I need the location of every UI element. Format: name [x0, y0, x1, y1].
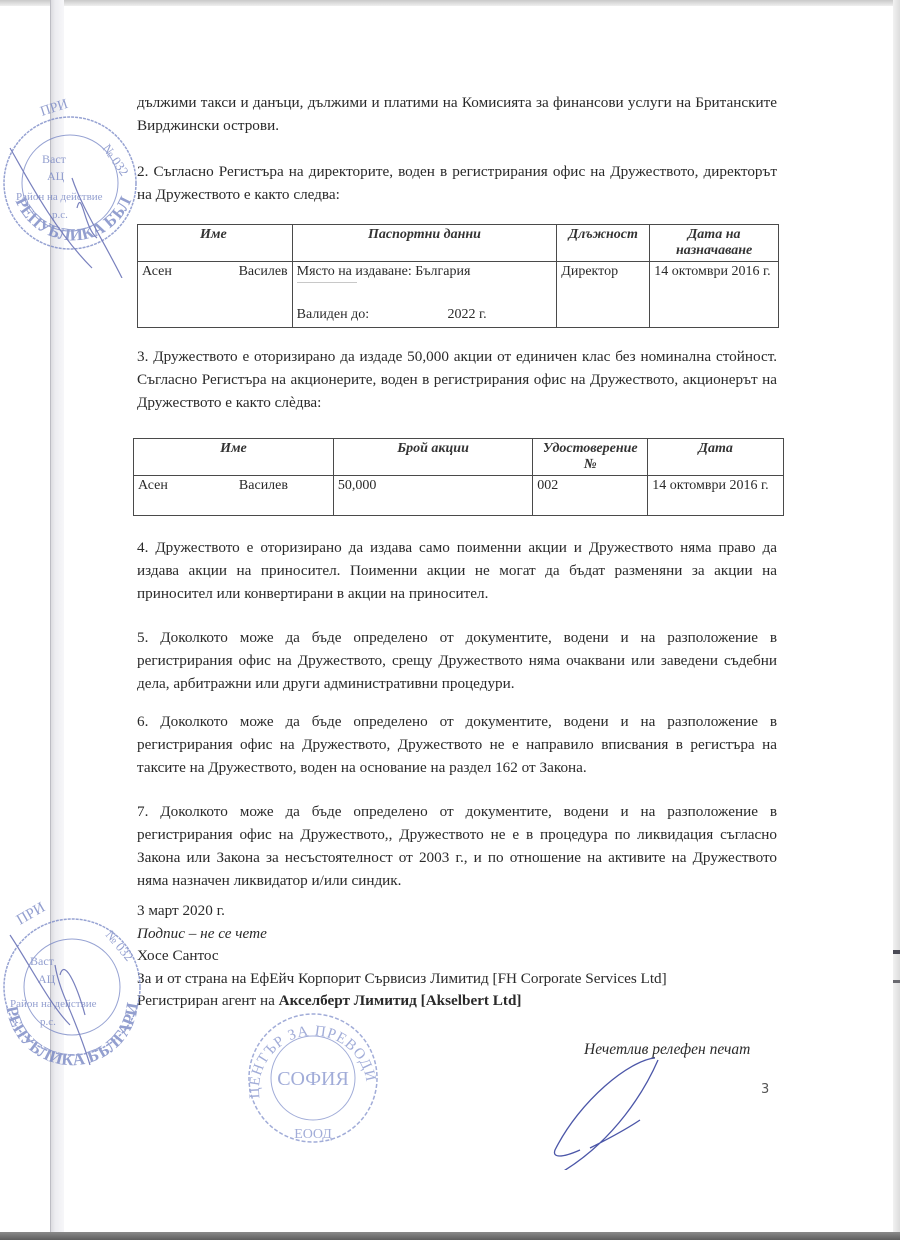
- svg-text:№ 032: № 032: [100, 141, 132, 178]
- header-passport: Паспортни данни: [292, 225, 557, 262]
- svg-text:р.с.: р.с.: [52, 209, 68, 221]
- shareholders-table: Име Брой акции Удостоверение № Дата Асен…: [133, 438, 784, 516]
- scan-edge-mark: [893, 980, 900, 983]
- passport-place: Място на издаване: България: [297, 264, 553, 280]
- on-behalf-of: За и от страна на ЕфЕйч Корпорит Сървиси…: [137, 968, 667, 991]
- appointment-date: 14 октомври 2016 г.: [650, 262, 779, 328]
- signatory-name: Хосе Сантос: [137, 945, 667, 968]
- first-name: Асен: [142, 264, 172, 280]
- certificate-number: 002: [533, 476, 648, 516]
- svg-text:АЦ: АЦ: [47, 169, 65, 183]
- section-2: 2. Съгласно Регистъра на директорите, во…: [137, 160, 777, 206]
- section-6: 6. Доколкото може да бъде определено от …: [137, 710, 777, 779]
- agent-company: Акселберт Лимитид [Akselbert Ltd]: [279, 992, 522, 1009]
- translation-center-stamp: ЦЕНТЪР ЗА ПРЕВОДИ СОФИЯ ЕООД: [243, 1008, 383, 1148]
- handwritten-signature: [540, 1050, 680, 1170]
- scan-bottom-edge: [0, 1232, 900, 1240]
- header-shares: Брой акции: [333, 439, 532, 476]
- svg-text:№ 032: № 032: [103, 927, 137, 964]
- director-position: Директор: [557, 262, 650, 328]
- header-name: Име: [134, 439, 334, 476]
- signature-note: Подпис – не се чете: [137, 923, 667, 946]
- last-name: Василев: [239, 478, 288, 494]
- redacted-line: [297, 282, 357, 283]
- intro-continuation: дължими такси и данъци, дължими и платим…: [137, 91, 777, 137]
- svg-text:р.с.: р.с.: [40, 1016, 56, 1028]
- agent-prefix: Регистриран агент на: [137, 992, 279, 1009]
- passport-valid-year: 2022 г.: [447, 307, 486, 323]
- director-name: Асен Василев: [138, 262, 293, 328]
- signature-block: 3 март 2020 г. Подпис – не се чете Хосе …: [137, 900, 667, 1013]
- scan-edge-mark: [893, 950, 900, 954]
- header-date: Дата: [648, 439, 784, 476]
- share-count: 50,000: [333, 476, 532, 516]
- page-number: 3: [761, 1082, 769, 1097]
- svg-text:ПРИ: ПРИ: [14, 900, 48, 929]
- section-7: 7. Доколкото може да бъде определено от …: [137, 800, 777, 892]
- section-5: 5. Доколкото може да бъде определено от …: [137, 626, 777, 695]
- first-name: Асен: [138, 478, 168, 494]
- shareholder-name: Асен Василев: [134, 476, 334, 516]
- translator-stamp-bottom: РЕПУБЛИКА БЪЛГАРИЯ ПРИ № 032 Васт АЦ Рай…: [0, 895, 150, 1075]
- svg-text:ПРИ: ПРИ: [39, 97, 70, 120]
- section-4: 4. Дружеството е оторизирано да издава с…: [137, 536, 777, 605]
- header-certificate: Удостоверение №: [533, 439, 648, 476]
- last-name: Василев: [239, 264, 288, 280]
- svg-text:ЕООД: ЕООД: [294, 1127, 332, 1142]
- translator-stamp-top: РЕПУБЛИКА БЪЛГАРИЯ ПРИ № 032 Васт АЦ Рай…: [2, 88, 142, 278]
- scan-top-edge: [0, 0, 900, 6]
- svg-text:Васт: Васт: [30, 954, 55, 968]
- table-row: Асен Василев 50,000 002 14 октомври 2016…: [134, 476, 784, 516]
- share-date: 14 октомври 2016 г.: [648, 476, 784, 516]
- scan-right-edge: [893, 0, 900, 1240]
- table-header-row: Име Брой акции Удостоверение № Дата: [134, 439, 784, 476]
- svg-text:Васт: Васт: [42, 152, 67, 166]
- passport-valid-label: Валиден до:: [297, 307, 370, 323]
- signature-date: 3 март 2020 г.: [137, 900, 667, 923]
- table-row: Асен Василев Място на издаване: България…: [138, 262, 779, 328]
- header-position: Длъжност: [557, 225, 650, 262]
- header-name: Име: [138, 225, 293, 262]
- header-appointment-date: Дата на назначаване: [650, 225, 779, 262]
- directors-table: Име Паспортни данни Длъжност Дата на наз…: [137, 224, 779, 328]
- svg-text:Район на действие: Район на действие: [16, 191, 103, 203]
- section-3: 3. Дружеството е оторизирано да издаде 5…: [137, 345, 777, 414]
- registered-agent: Регистриран агент на Акселберт Лимитид […: [137, 990, 667, 1013]
- table-header-row: Име Паспортни данни Длъжност Дата на наз…: [138, 225, 779, 262]
- svg-text:СОФИЯ: СОФИЯ: [277, 1068, 349, 1090]
- passport-data: Място на издаване: България Валиден до: …: [292, 262, 557, 328]
